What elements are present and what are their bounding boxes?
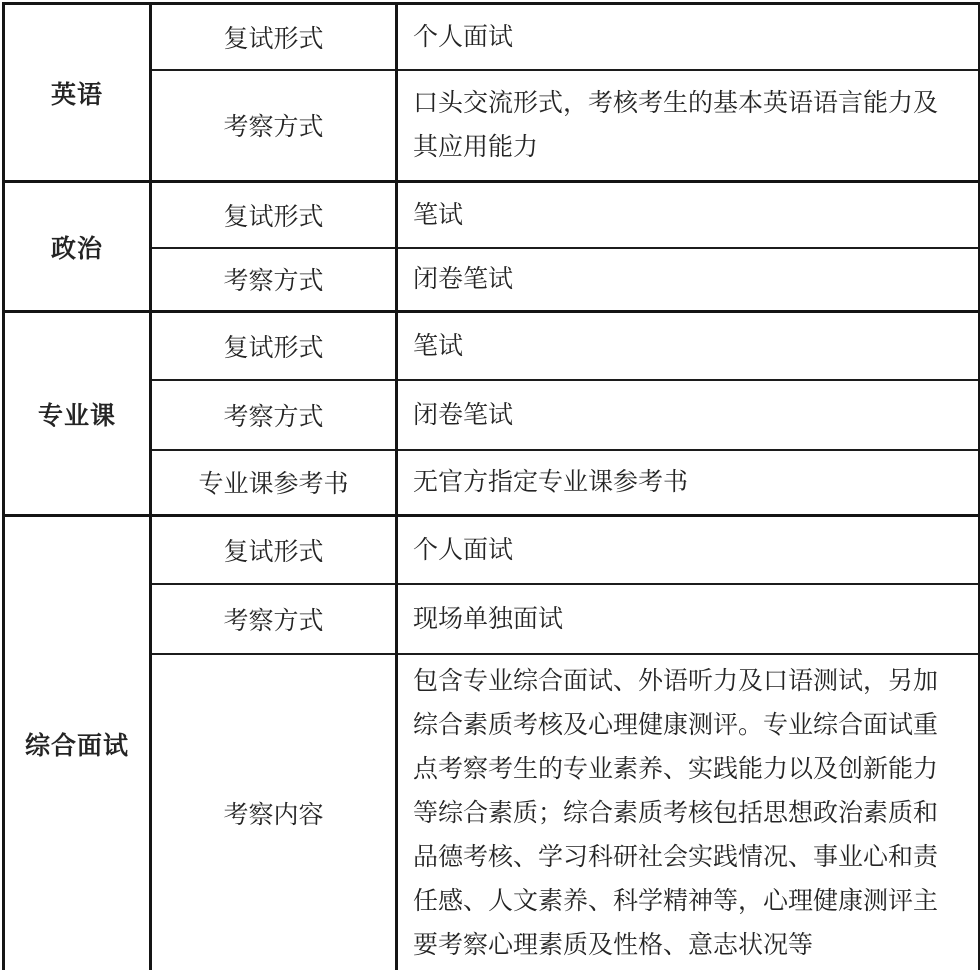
- row-content: 闭卷笔试: [397, 248, 980, 312]
- row-content: 闭卷笔试: [397, 380, 980, 450]
- row-content: 个人面试: [397, 516, 980, 584]
- reexam-subjects-table: 英语 复试形式 个人面试 考察方式 口头交流形式，考核考生的基本英语语言能力及其…: [2, 2, 980, 970]
- row-label: 复试形式: [151, 182, 397, 248]
- category-politics: 政治: [4, 182, 151, 312]
- row-label: 复试形式: [151, 4, 397, 70]
- row-label: 考察方式: [151, 248, 397, 312]
- row-content: 笔试: [397, 312, 980, 380]
- row-label: 考察方式: [151, 584, 397, 654]
- table-row: 综合面试 复试形式 个人面试: [4, 516, 980, 584]
- table-row: 英语 复试形式 个人面试: [4, 4, 980, 70]
- row-label: 复试形式: [151, 312, 397, 380]
- category-comprehensive-interview: 综合面试: [4, 516, 151, 970]
- table-row: 专业课参考书 无官方指定专业课参考书: [4, 450, 980, 516]
- row-content: 笔试: [397, 182, 980, 248]
- row-content: 现场单独面试: [397, 584, 980, 654]
- table-row: 政治 复试形式 笔试: [4, 182, 980, 248]
- table-row: 考察方式 闭卷笔试: [4, 248, 980, 312]
- row-content: 个人面试: [397, 4, 980, 70]
- table-row: 考察方式 闭卷笔试: [4, 380, 980, 450]
- row-content: 口头交流形式，考核考生的基本英语语言能力及其应用能力: [397, 70, 980, 182]
- table-row: 考察方式 口头交流形式，考核考生的基本英语语言能力及其应用能力: [4, 70, 980, 182]
- table-row: 考察内容 包含专业综合面试、外语听力及口语测试，另加综合素质考核及心理健康测评。…: [4, 654, 980, 970]
- row-content: 包含专业综合面试、外语听力及口语测试，另加综合素质考核及心理健康测评。专业综合面…: [397, 654, 980, 970]
- row-label: 考察方式: [151, 70, 397, 182]
- category-english: 英语: [4, 4, 151, 182]
- category-major-course: 专业课: [4, 312, 151, 516]
- row-label: 专业课参考书: [151, 450, 397, 516]
- document-page: 英语 复试形式 个人面试 考察方式 口头交流形式，考核考生的基本英语语言能力及其…: [0, 0, 980, 970]
- row-label: 考察内容: [151, 654, 397, 970]
- row-label: 复试形式: [151, 516, 397, 584]
- table-row: 专业课 复试形式 笔试: [4, 312, 980, 380]
- row-content: 无官方指定专业课参考书: [397, 450, 980, 516]
- table-row: 考察方式 现场单独面试: [4, 584, 980, 654]
- row-label: 考察方式: [151, 380, 397, 450]
